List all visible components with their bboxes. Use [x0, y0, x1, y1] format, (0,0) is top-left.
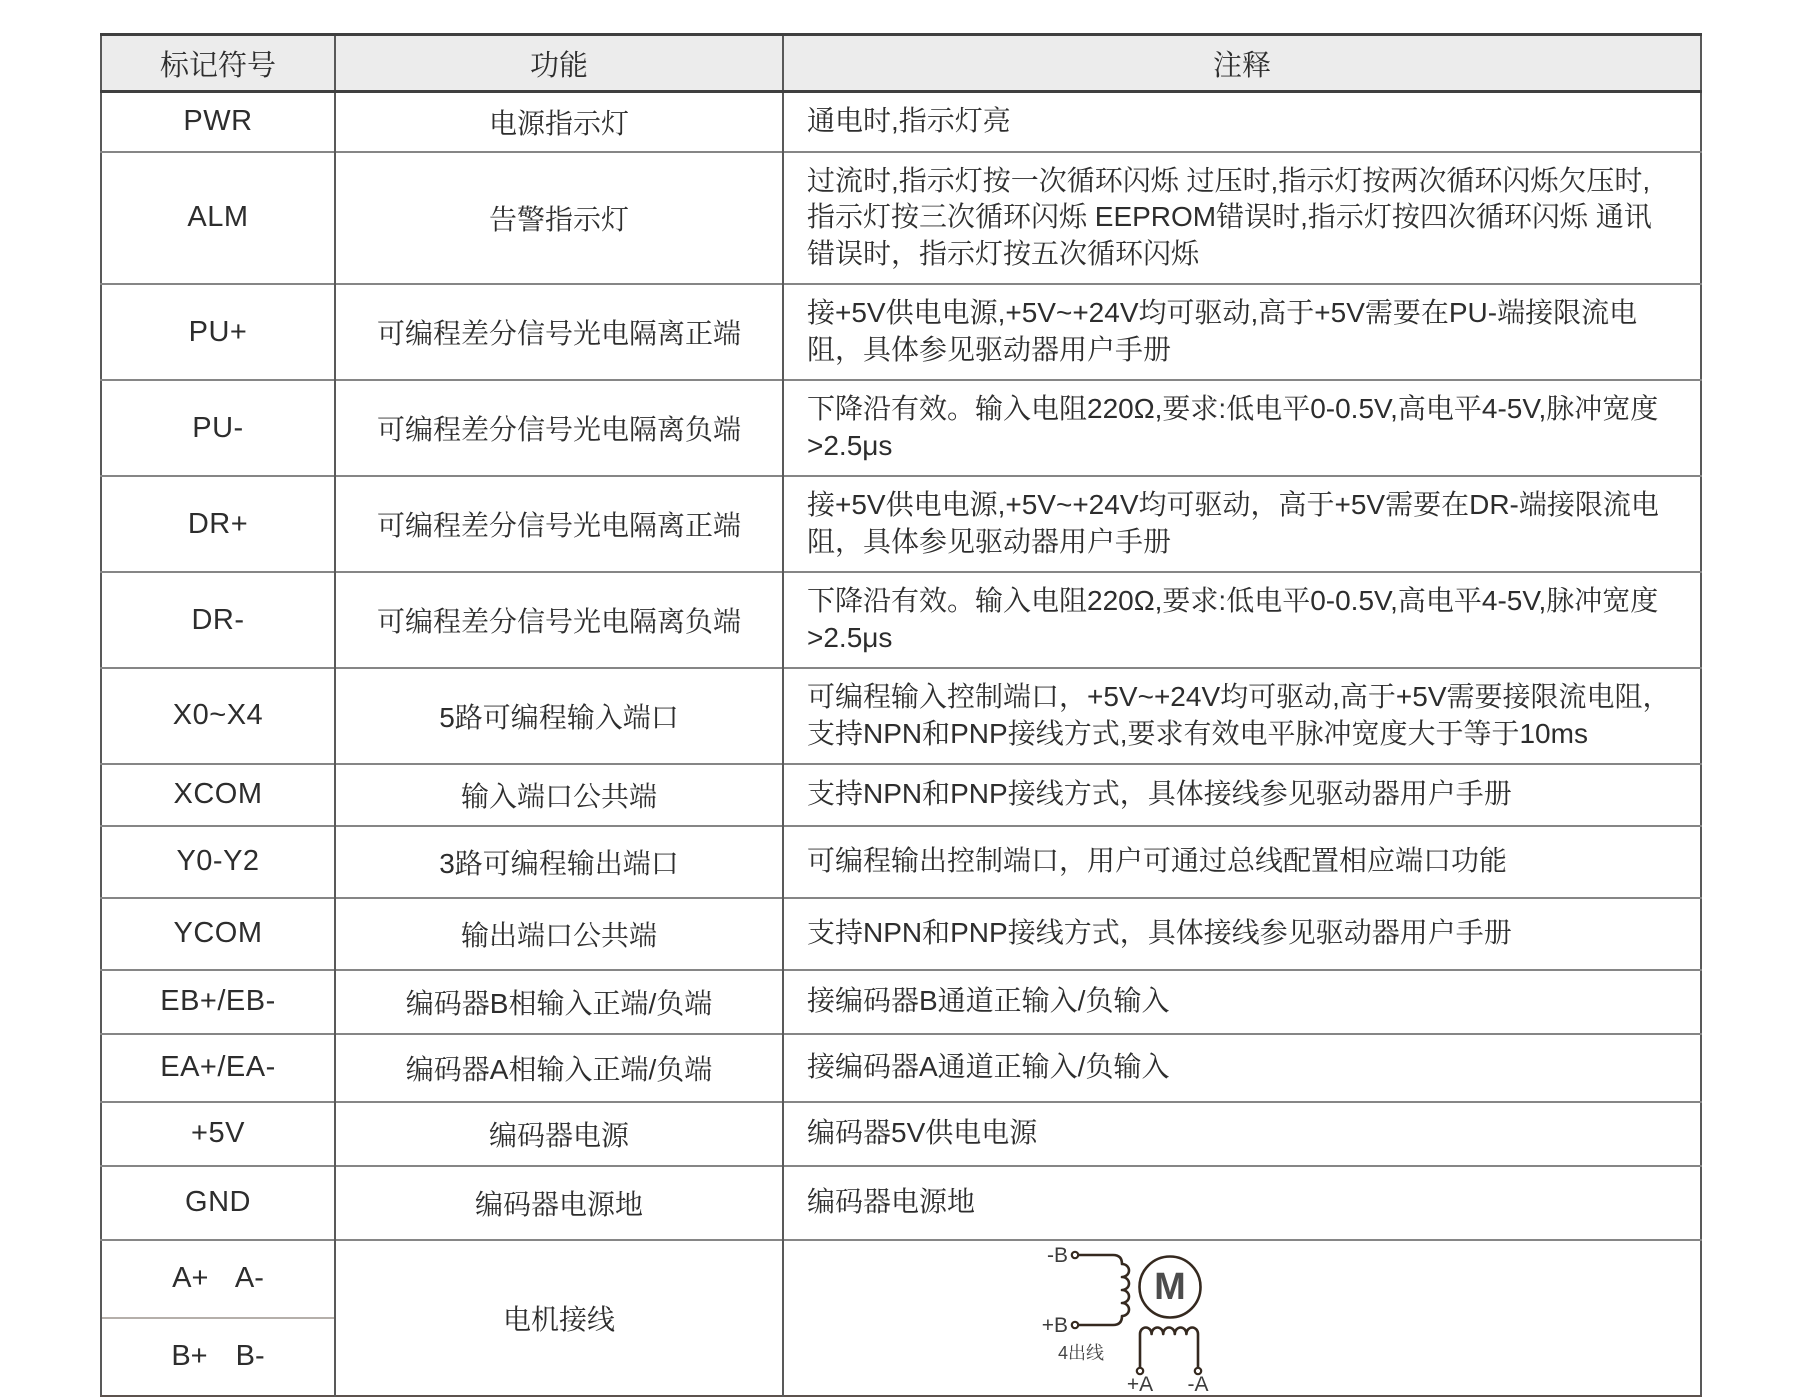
note-cell: 接编码器B通道正输入/负输入 [783, 970, 1701, 1034]
symbol-cell: XCOM [101, 764, 335, 826]
motor-wiring-diagram: M -B +B 4出线 +A -A [1034, 1242, 1244, 1394]
table-row: DR- 可编程差分信号光电隔离负端 下降沿有效。输入电阻220Ω,要求:低电平0… [101, 572, 1701, 668]
symbol-cell: YCOM [101, 898, 335, 970]
function-cell: 电源指示灯 [335, 92, 783, 152]
note-cell: M -B +B 4出线 +A -A [783, 1240, 1701, 1396]
function-cell: 告警指示灯 [335, 152, 783, 285]
table-row: PU- 可编程差分信号光电隔离负端 下降沿有效。输入电阻220Ω,要求:低电平0… [101, 380, 1701, 476]
symbol-cell: DR- [101, 572, 335, 668]
coil-a [1140, 1327, 1198, 1368]
note-cell: 过流时,指示灯按一次循环闪烁 过压时,指示灯按两次循环闪烁欠压时,指示灯按三次循… [783, 152, 1701, 285]
note-cell: 可编程输入控制端口，+5V~+24V均可驱动,高于+5V需要接限流电阻，支持NP… [783, 668, 1701, 764]
note-cell: 接+5V供电电源,+5V~+24V均可驱动,高于+5V需要在PU-端接限流电阻，… [783, 284, 1701, 380]
function-cell: 编码器B相输入正端/负端 [335, 970, 783, 1034]
note-cell: 编码器电源地 [783, 1166, 1701, 1240]
table-row: Y0-Y2 3路可编程输出端口 可编程输出控制端口，用户可通过总线配置相应端口功… [101, 826, 1701, 898]
table-row: XCOM 输入端口公共端 支持NPN和PNP接线方式，具体接线参见驱动器用户手册 [101, 764, 1701, 826]
function-cell: 电机接线 [335, 1240, 783, 1396]
symbol-cell: PWR [101, 92, 335, 152]
symbol-cell: +5V [101, 1102, 335, 1166]
symbol-cell: A+ A- B+ B- [101, 1240, 335, 1396]
function-cell: 可编程差分信号光电隔离负端 [335, 380, 783, 476]
symbol-b-plus-minus: B+ B- [102, 1317, 334, 1395]
note-cell: 编码器5V供电电源 [783, 1102, 1701, 1166]
table-row: X0~X4 5路可编程输入端口 可编程输入控制端口，+5V~+24V均可驱动,高… [101, 668, 1701, 764]
header-note: 注释 [783, 35, 1701, 92]
table-row: PU+ 可编程差分信号光电隔离正端 接+5V供电电源,+5V~+24V均可驱动,… [101, 284, 1701, 380]
note-cell: 接编码器A通道正输入/负输入 [783, 1034, 1701, 1102]
label-4-wire: 4出线 [1058, 1343, 1104, 1363]
function-cell: 5路可编程输入端口 [335, 668, 783, 764]
symbol-cell: PU+ [101, 284, 335, 380]
table-row: PWR 电源指示灯 通电时,指示灯亮 [101, 92, 1701, 152]
note-cell: 下降沿有效。输入电阻220Ω,要求:低电平0-0.5V,高电平4-5V,脉冲宽度… [783, 572, 1701, 668]
table-row: GND 编码器电源地 编码器电源地 [101, 1166, 1701, 1240]
symbol-cell: EB+/EB- [101, 970, 335, 1034]
header-function: 功能 [335, 35, 783, 92]
function-cell: 可编程差分信号光电隔离正端 [335, 284, 783, 380]
terminal-dot-minus-b [1072, 1252, 1078, 1258]
note-cell: 支持NPN和PNP接线方式，具体接线参见驱动器用户手册 [783, 898, 1701, 970]
motor-wiring-diagram-svg: M -B +B 4出线 +A -A [1034, 1242, 1244, 1394]
note-cell: 下降沿有效。输入电阻220Ω,要求:低电平0-0.5V,高电平4-5V,脉冲宽度… [783, 380, 1701, 476]
terminal-function-table: 标记符号 功能 注释 PWR 电源指示灯 通电时,指示灯亮 ALM 告警指示灯 … [100, 33, 1702, 1397]
note-cell: 可编程输出控制端口，用户可通过总线配置相应端口功能 [783, 826, 1701, 898]
symbol-cell: PU- [101, 380, 335, 476]
function-cell: 编码器电源 [335, 1102, 783, 1166]
symbol-cell: EA+/EA- [101, 1034, 335, 1102]
symbol-cell: ALM [101, 152, 335, 285]
function-cell: 编码器电源地 [335, 1166, 783, 1240]
table-row-motor: A+ A- B+ B- 电机接线 M [101, 1240, 1701, 1396]
table-row: YCOM 输出端口公共端 支持NPN和PNP接线方式，具体接线参见驱动器用户手册 [101, 898, 1701, 970]
symbol-cell: Y0-Y2 [101, 826, 335, 898]
table-row: DR+ 可编程差分信号光电隔离正端 接+5V供电电源,+5V~+24V均可驱动，… [101, 476, 1701, 572]
note-cell: 支持NPN和PNP接线方式，具体接线参见驱动器用户手册 [783, 764, 1701, 826]
function-cell: 可编程差分信号光电隔离负端 [335, 572, 783, 668]
note-cell: 接+5V供电电源,+5V~+24V均可驱动，高于+5V需要在DR-端接限流电阻，… [783, 476, 1701, 572]
symbol-cell: X0~X4 [101, 668, 335, 764]
symbol-cell: GND [101, 1166, 335, 1240]
note-cell: 通电时,指示灯亮 [783, 92, 1701, 152]
function-cell: 输入端口公共端 [335, 764, 783, 826]
label-minus-b: -B [1047, 1244, 1068, 1267]
coil-b [1078, 1255, 1129, 1325]
table-row: EA+/EA- 编码器A相输入正端/负端 接编码器A通道正输入/负输入 [101, 1034, 1701, 1102]
label-plus-b: +B [1042, 1314, 1068, 1337]
header-symbol: 标记符号 [101, 35, 335, 92]
table-row: EB+/EB- 编码器B相输入正端/负端 接编码器B通道正输入/负输入 [101, 970, 1701, 1034]
table-row: ALM 告警指示灯 过流时,指示灯按一次循环闪烁 过压时,指示灯按两次循环闪烁欠… [101, 152, 1701, 285]
page: 标记符号 功能 注释 PWR 电源指示灯 通电时,指示灯亮 ALM 告警指示灯 … [0, 0, 1800, 1397]
function-cell: 可编程差分信号光电隔离正端 [335, 476, 783, 572]
function-cell: 3路可编程输出端口 [335, 826, 783, 898]
header-row: 标记符号 功能 注释 [101, 35, 1701, 92]
motor-letter: M [1154, 1266, 1186, 1308]
symbol-a-plus-minus: A+ A- [102, 1241, 334, 1317]
function-cell: 输出端口公共端 [335, 898, 783, 970]
table-row: +5V 编码器电源 编码器5V供电电源 [101, 1102, 1701, 1166]
function-cell: 编码器A相输入正端/负端 [335, 1034, 783, 1102]
terminal-dot-plus-b [1072, 1322, 1078, 1328]
symbol-cell: DR+ [101, 476, 335, 572]
